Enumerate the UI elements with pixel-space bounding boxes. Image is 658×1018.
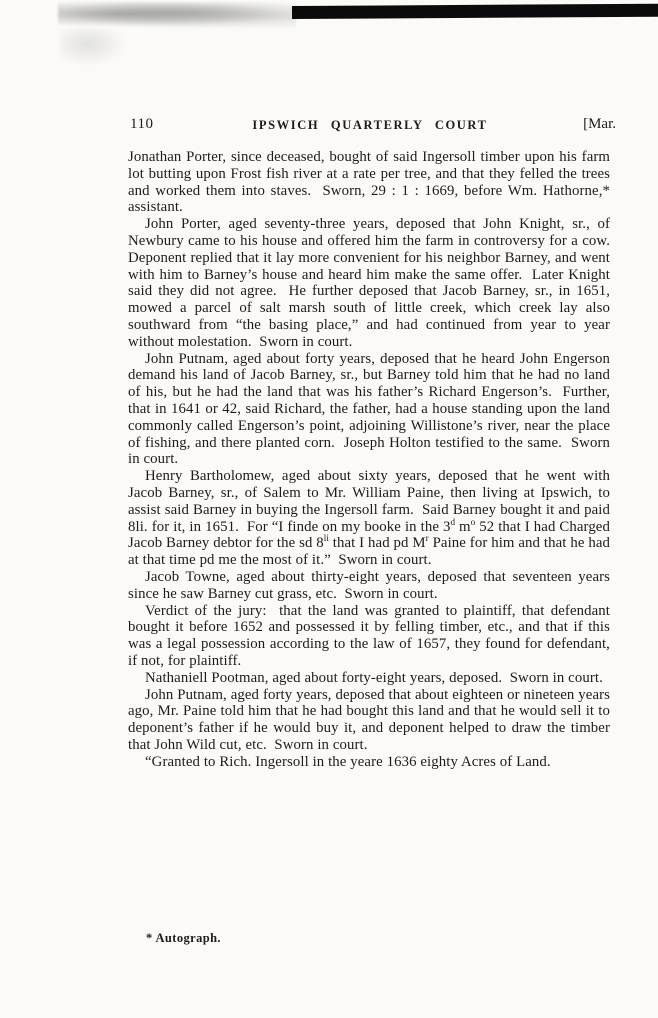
scan-smudge — [58, 2, 296, 28]
paragraph: Henry Bartholomew, aged about sixty year… — [128, 468, 610, 569]
paragraph: Verdict of the jury: that the land was g… — [128, 603, 610, 670]
scan-artifact-bar — [292, 4, 658, 19]
footnote-text: * Autograph. — [146, 931, 221, 945]
month-marginalia: [Mar. — [583, 116, 616, 133]
scan-smudge-small — [60, 28, 130, 68]
footnote: * Autograph. — [146, 931, 221, 946]
book-page: 110 IPSWICH QUARTERLY COURT [Mar. Jonath… — [0, 0, 658, 1018]
paragraph: Jacob Towne, aged about thirty-eight yea… — [128, 569, 610, 603]
paragraph: Jonathan Porter, since deceased, bought … — [128, 149, 610, 216]
paragraph: John Porter, aged seventy-three years, d… — [128, 216, 610, 350]
paragraph: Nathaniell Pootman, aged about forty-eig… — [128, 670, 610, 687]
paragraph: John Putnam, aged forty years, deposed t… — [128, 687, 610, 754]
page-header: 110 IPSWICH QUARTERLY COURT [Mar. — [128, 116, 612, 134]
body-text: Jonathan Porter, since deceased, bought … — [128, 149, 610, 770]
paragraph: “Granted to Rich. Ingersoll in the yeare… — [128, 754, 610, 771]
running-title: IPSWICH QUARTERLY COURT — [128, 118, 612, 133]
paragraph: John Putnam, aged about forty years, dep… — [128, 351, 610, 469]
